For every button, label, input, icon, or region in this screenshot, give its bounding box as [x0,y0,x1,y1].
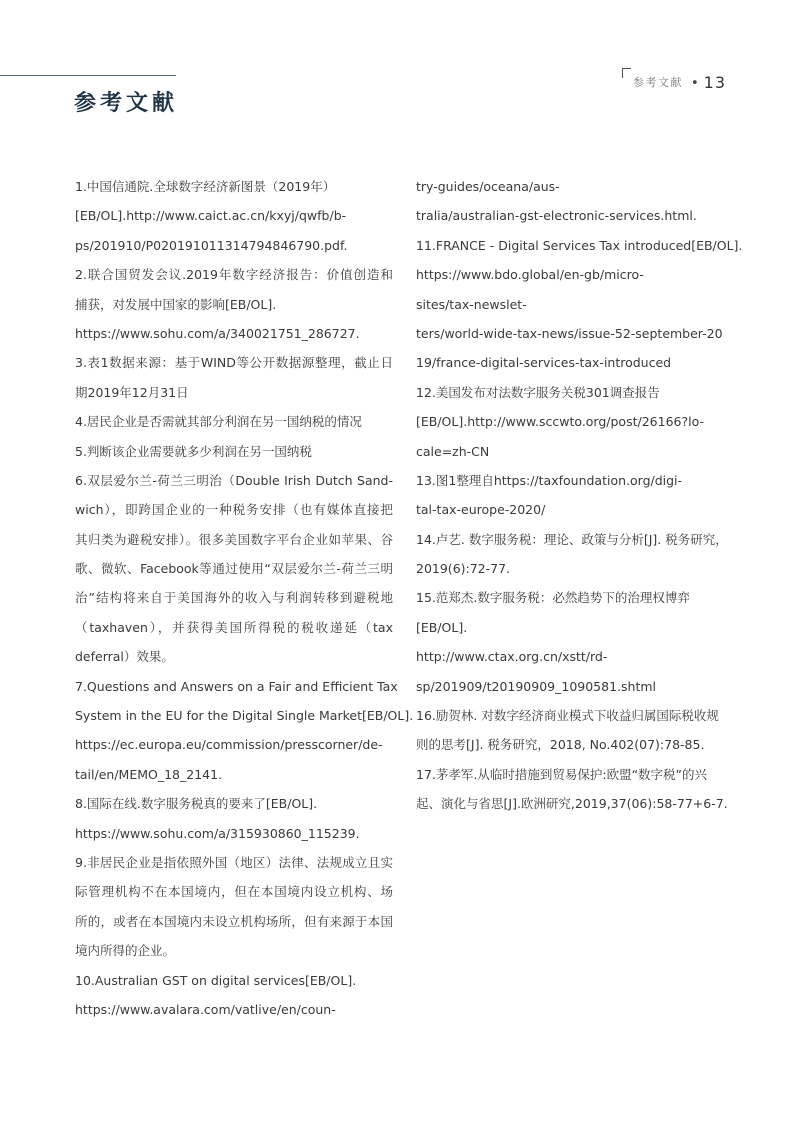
reference-line: tralia/australian-gst-electronic-service… [416,201,734,230]
reference-line: 11.FRANCE - Digital Services Tax introdu… [416,231,734,260]
reference-line: 所的，或者在本国境内未设立机构场所，但有来源于本国 [75,907,393,936]
reference-line: try-guides/oceana/aus- [416,172,734,201]
reference-line: 17.茅孝军.从临时措施到贸易保护:欧盟“数字税”的兴 [416,760,734,789]
reference-line: 1.中国信通院.全球数字经济新图景（2019年） [75,172,393,201]
references-left-column: 1.中国信通院.全球数字经济新图景（2019年）[EB/OL].http://w… [75,172,393,1024]
reference-line: 4.居民企业是否需就其部分利润在另一国纳税的情况 [75,407,393,436]
reference-line: https://ec.europa.eu/commission/presscor… [75,730,393,759]
reference-line: 则的思考[J]. 税务研究，2018, No.402(07):78-85. [416,730,734,759]
reference-line: 歌、微软、Facebook等通过使用“双层爱尔兰-荷兰三明 [75,554,393,583]
reference-line: （taxhaven），并获得美国所得税的税收递延（tax [75,613,393,642]
running-header: 参考文献 • 13 [622,68,726,92]
header-rule [0,75,176,76]
reference-line: sp/201909/t20190909_1090581.shtml [416,672,734,701]
reference-line: https://www.sohu.com/a/315930860_115239. [75,819,393,848]
reference-line: ters/world-wide-tax-news/issue-52-septem… [416,319,734,348]
reference-line: 14.卢艺. 数字服务税：理论、政策与分析[J]. 税务研究， [416,525,734,554]
reference-line: 8.国际在线.数字服务税真的要来了[EB/OL]. [75,789,393,818]
reference-line: 际管理机构不在本国境内，但在本国境内设立机构、场 [75,877,393,906]
corner-bracket-icon [622,68,631,78]
running-header-label: 参考文献 [633,74,683,90]
reference-line: 6.双层爱尔兰-荷兰三明治（Double Irish Dutch Sand- [75,466,393,495]
reference-line: ps/201910/P020191011314794846790.pdf. [75,231,393,260]
reference-line: 12.美国发布对法数字服务关税301调查报告 [416,378,734,407]
references-right-column: try-guides/oceana/aus-tralia/australian-… [416,172,734,819]
reference-line: [EB/OL].http://www.sccwto.org/post/26166… [416,407,734,436]
reference-line: cale=zh-CN [416,437,734,466]
reference-line: 13.图1整理自https://taxfoundation.org/digi- [416,466,734,495]
reference-line: 2019(6):72-77. [416,554,734,583]
reference-line: 治”结构将来自于美国海外的收入与利润转移到避税地 [75,583,393,612]
reference-line: [EB/OL].http://www.caict.ac.cn/kxyj/qwfb… [75,201,393,230]
reference-line: 19/france-digital-services-tax-introduce… [416,348,734,377]
reference-line: tal-tax-europe-2020/ [416,495,734,524]
reference-line: 5.判断该企业需要就多少利润在另一国纳税 [75,437,393,466]
reference-line: 9.非居民企业是指依照外国（地区）法律、法规成立且实 [75,848,393,877]
reference-line: https://www.sohu.com/a/340021751_286727. [75,319,393,348]
reference-line: deferral）效果。 [75,642,393,671]
page-title: 参考文献 [74,86,178,117]
reference-line: System in the EU for the Digital Single … [75,701,393,730]
reference-line: http://www.ctax.org.cn/xstt/rd- [416,642,734,671]
reference-line: sites/tax-newslet- [416,290,734,319]
reference-line: [EB/OL]. [416,613,734,642]
reference-line: https://www.bdo.global/en-gb/micro- [416,260,734,289]
reference-line: 境内所得的企业。 [75,936,393,965]
reference-line: 其归类为避税安排）。很多美国数字平台企业如苹果、谷 [75,525,393,554]
reference-line: tail/en/MEMO_18_2141. [75,760,393,789]
reference-line: wich），即跨国企业的一种税务安排（也有媒体直接把 [75,495,393,524]
reference-line: 15.范郑杰.数字服务税：必然趋势下的治理权博弈 [416,583,734,612]
reference-line: 2.联合国贸发会议.2019年数字经济报告：价值创造和 [75,260,393,289]
reference-line: 7.Questions and Answers on a Fair and Ef… [75,672,393,701]
reference-line: 10.Australian GST on digital services[EB… [75,966,393,995]
page-number: 13 [704,73,726,92]
reference-line: 起、演化与省思[J].欧洲研究,2019,37(06):58-77+6-7. [416,789,734,818]
reference-line: https://www.avalara.com/vatlive/en/coun- [75,995,393,1024]
reference-line: 期2019年12月31日 [75,378,393,407]
reference-line: 捕获，对发展中国家的影响[EB/OL]. [75,290,393,319]
separator-dot: • [691,76,699,91]
reference-line: 3.表1数据来源：基于WIND等公开数据源整理，截止日 [75,348,393,377]
reference-line: 16.励贺林. 对数字经济商业模式下收益归属国际税收规 [416,701,734,730]
